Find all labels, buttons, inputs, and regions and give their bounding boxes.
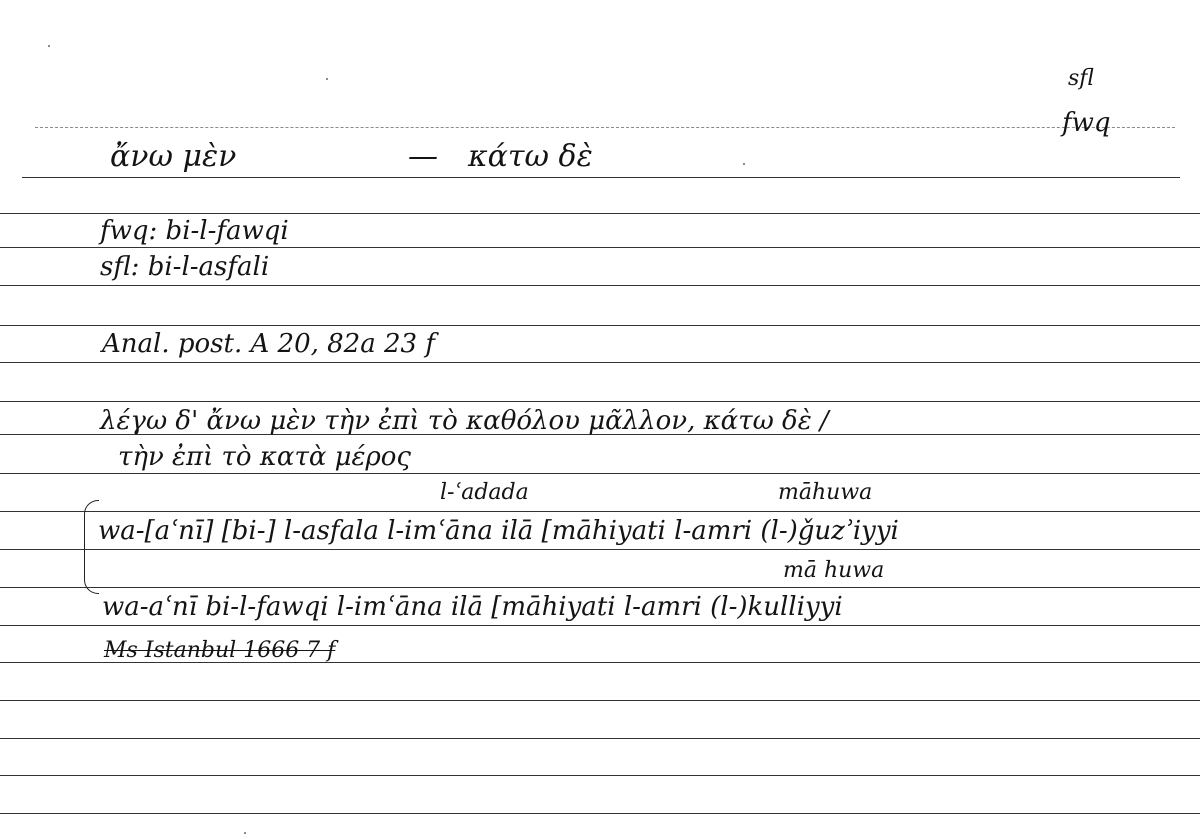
correction-mahuwa-2: mā huwa <box>783 560 884 582</box>
arabic-transliteration-line-1: wa-[aʿnī] [bi-] l-asfala l-imʿāna ilā [m… <box>98 518 899 544</box>
transposition-bracket <box>84 500 99 594</box>
ruled-line <box>0 362 1200 363</box>
ruled-line <box>0 813 1200 814</box>
scan-speck <box>48 45 50 47</box>
correction-l-adada: l-ʿadada <box>440 482 529 504</box>
ruled-line <box>0 625 1200 626</box>
ruled-line <box>0 401 1200 402</box>
scan-speck <box>743 163 745 165</box>
greek-quote-line-1: λέγω δ' ἄνω μὲν τὴν ἐπὶ τὸ καθόλου μᾶλλο… <box>100 408 829 434</box>
ruled-line <box>0 247 1200 248</box>
ruled-line <box>0 511 1200 512</box>
corner-annotation-bottom: fwq <box>1062 110 1111 136</box>
gloss-fwq: fwq: bi-l-fawqi <box>100 218 289 244</box>
ruled-line <box>0 587 1200 588</box>
ruled-line <box>0 325 1200 326</box>
corner-annotation-top: sfl <box>1068 68 1094 90</box>
ruled-line <box>0 775 1200 776</box>
ruled-line <box>0 473 1200 474</box>
handwritten-note-page: sfl fwq ἄνω μὲν — κάτω δὲ fwq: bi-l-fawq… <box>0 0 1200 839</box>
ruled-line <box>0 700 1200 701</box>
ruled-line-dashed <box>35 127 1175 128</box>
greek-quote-line-2: τὴν ἐπὶ τὸ κατὰ μέρος <box>118 444 411 470</box>
ruled-line <box>0 213 1200 214</box>
heading-ano-men: ἄνω μὲν <box>110 142 236 172</box>
scan-speck <box>326 78 328 80</box>
ruled-line <box>22 177 1180 178</box>
ruled-line <box>0 285 1200 286</box>
arabic-transliteration-line-2: wa-aʿnī bi-l-fawqi l-imʿāna ilā [māhiyat… <box>102 594 843 620</box>
heading-dash: — <box>408 142 438 172</box>
ruled-line <box>0 549 1200 550</box>
scan-speck <box>244 832 246 834</box>
aristotle-reference: Anal. post. A 20, 82a 23 f <box>102 331 435 357</box>
gloss-sfl: sfl: bi-l-asfali <box>100 254 269 280</box>
ruled-line <box>0 738 1200 739</box>
correction-mahuwa-1: māhuwa <box>778 482 872 504</box>
manuscript-reference: Ms Istanbul 1666 7 f <box>104 640 335 662</box>
heading-kato-de: κάτω δὲ <box>468 142 593 172</box>
